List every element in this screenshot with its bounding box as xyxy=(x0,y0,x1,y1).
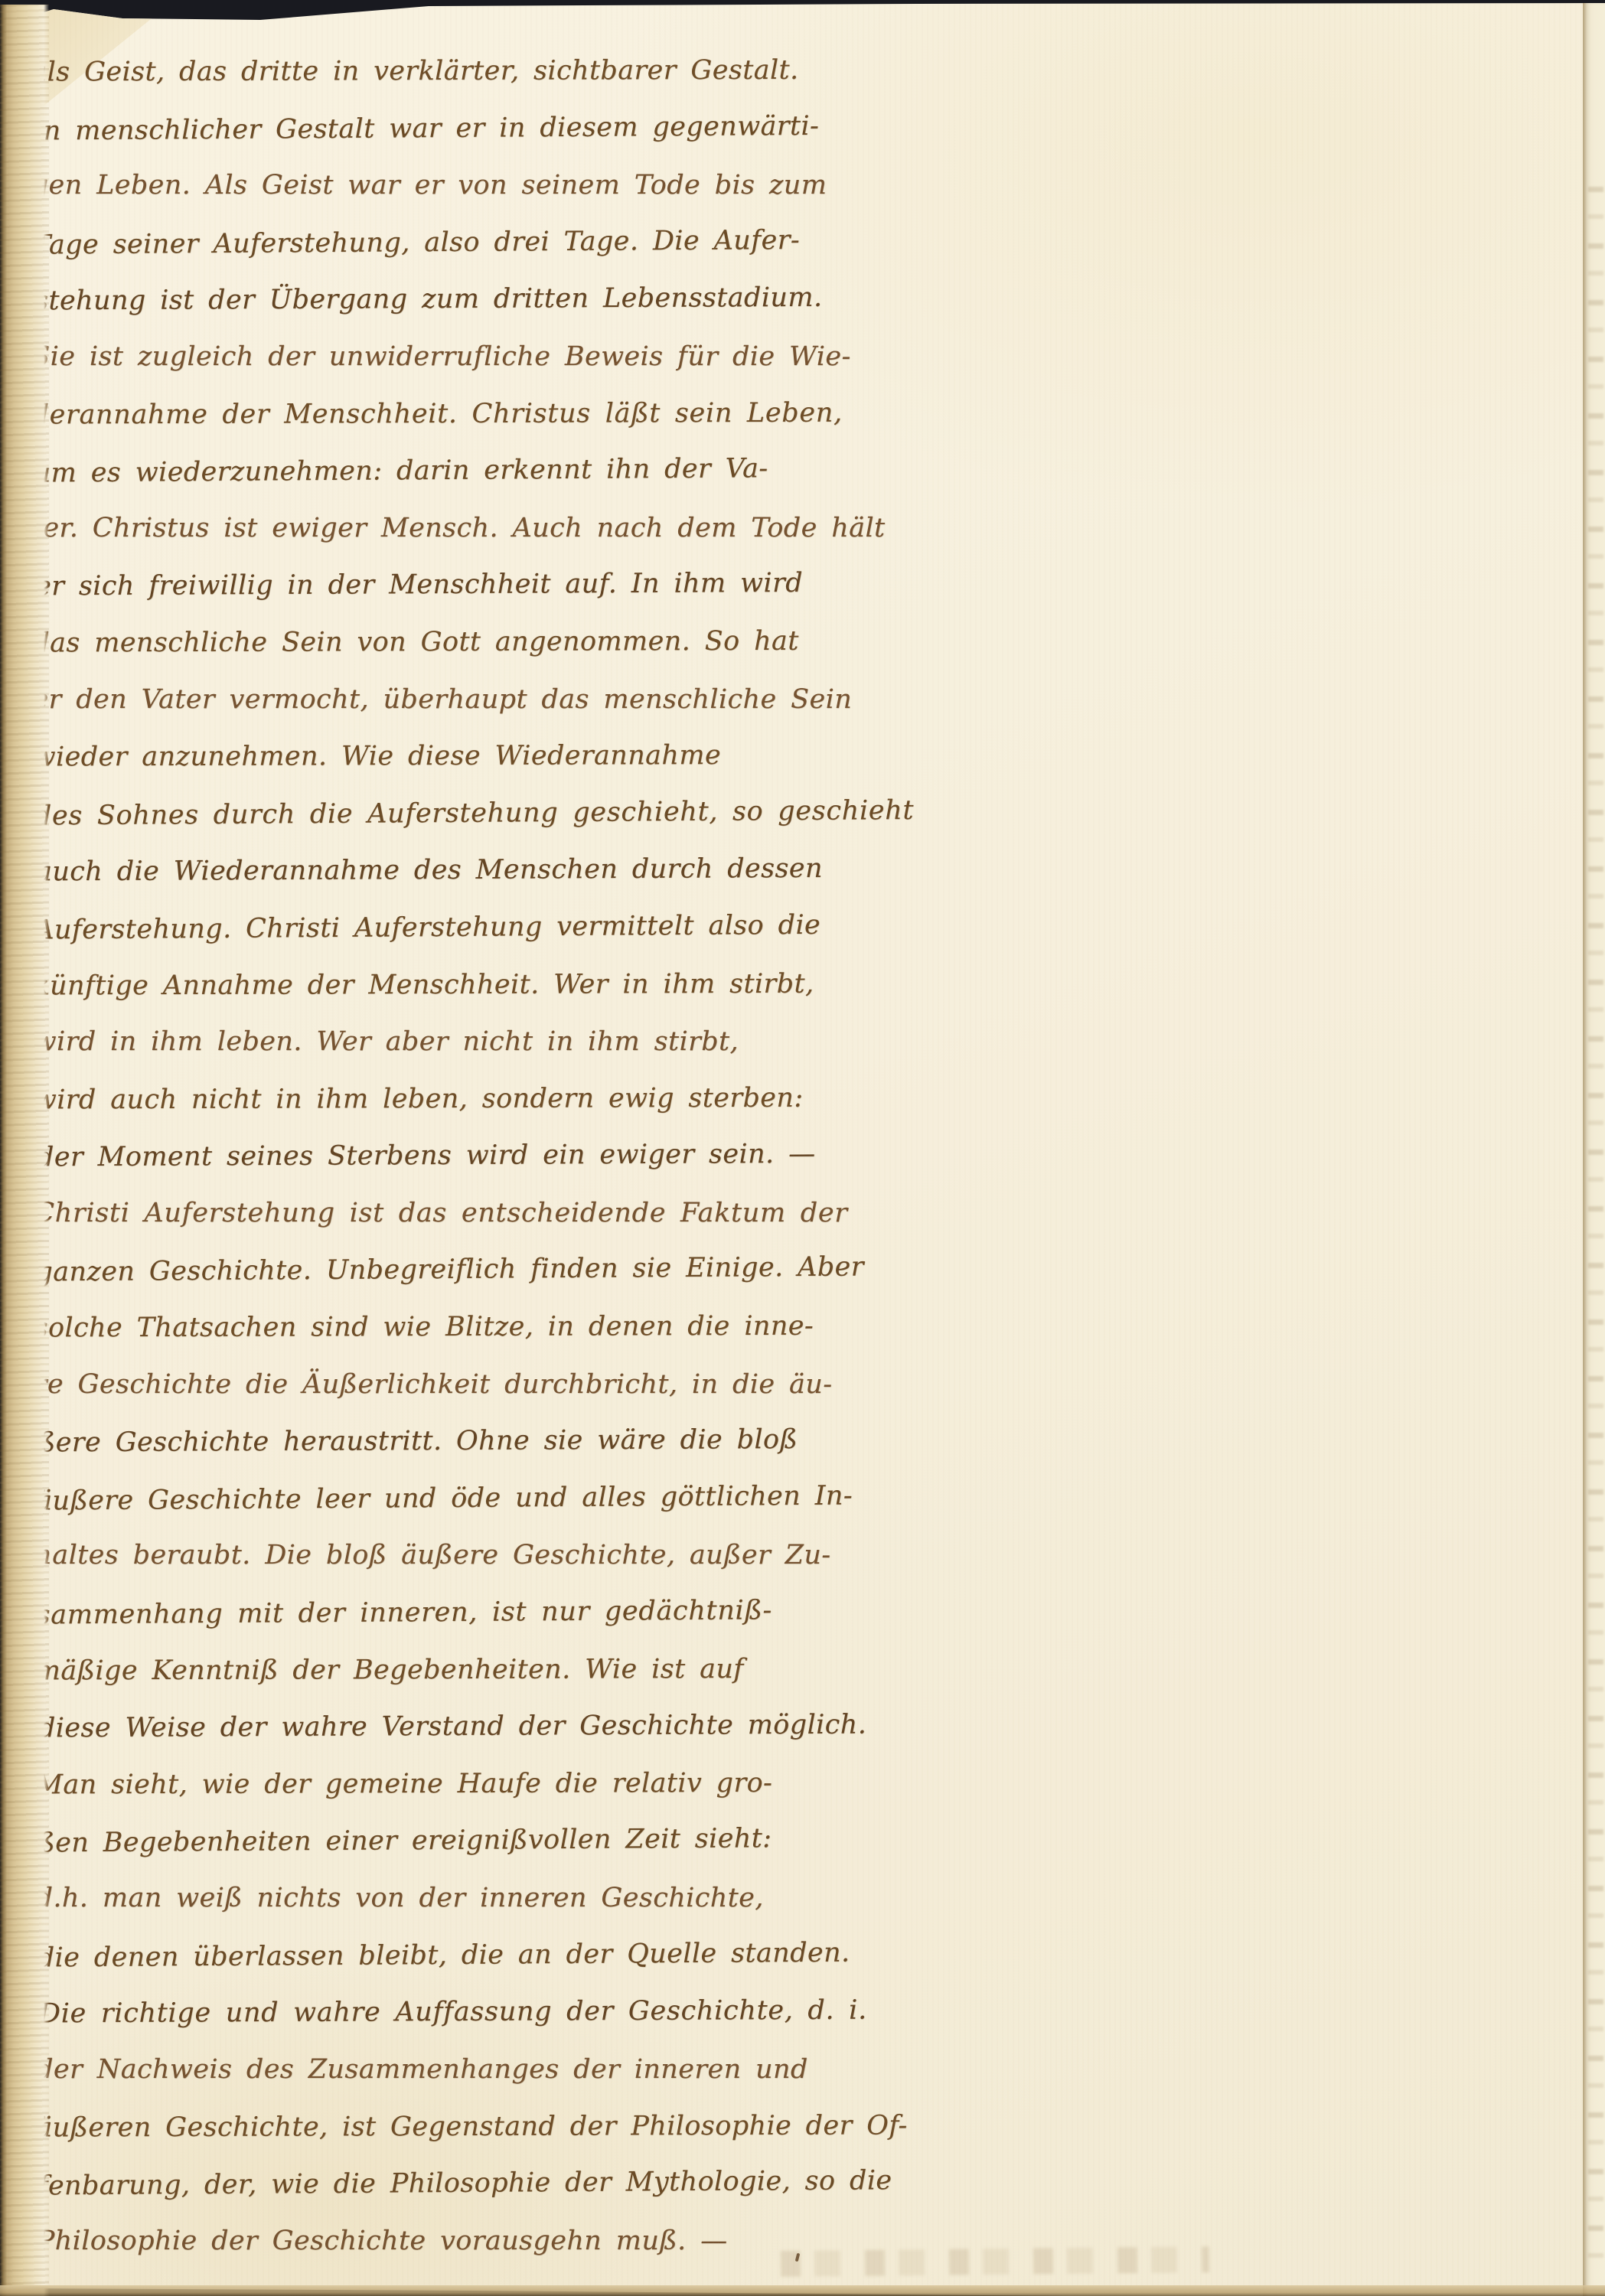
manuscript-line: der Moment seines Sterbens wird ein ewig… xyxy=(37,1126,860,1186)
manuscript-line: wieder anzunehmen. Wie diese Wiederannah… xyxy=(33,727,856,786)
manuscript-line: äußere Geschichte leer und öde und alles… xyxy=(36,1467,859,1530)
manuscript-line: diese Weise der wahre Verstand der Gesch… xyxy=(38,1697,861,1757)
manuscript-line: der Nachweis des Zusammenhanges der inne… xyxy=(36,2041,859,2099)
manuscript-line: derannahme der Menschheit. Christus läßt… xyxy=(31,384,854,443)
manuscript-line: um es wiederzunehmen: darin erkennt ihn … xyxy=(33,440,856,503)
manuscript-line: ter. Christus ist ewiger Mensch. Auch na… xyxy=(32,500,855,557)
next-page-edge xyxy=(1583,3,1605,2296)
manuscript-line: re Geschichte die Äußerlichkeit durchbri… xyxy=(34,1356,857,1414)
manuscript-line: mäßige Kenntniß der Begebenheiten. Wie i… xyxy=(35,1640,858,1699)
book-binding-edge xyxy=(0,5,49,2296)
manuscript-line: haltes beraubt. Die bloß äußere Geschich… xyxy=(34,1527,857,1584)
manuscript-line: Christi Auferstehung ist das entscheiden… xyxy=(34,1185,856,1242)
manuscript-line: Man sieht, wie der gemeine Haufe die rel… xyxy=(35,1754,858,1813)
manuscript-line: sammenhang mit der inneren, ist nur gedä… xyxy=(36,1582,859,1645)
manuscript-line: Sie ist zugleich der unwiderrufliche Bew… xyxy=(31,328,854,386)
manuscript-line: als Geist, das dritte in verklärter, sic… xyxy=(31,42,853,101)
manuscript-line: ßere Geschichte heraustritt. Ohne sie wä… xyxy=(38,1411,860,1472)
manuscript-line: solche Thatsachen sind wie Blitze, in de… xyxy=(34,1298,856,1357)
manuscript-page: als Geist, das dritte in verklärter, sic… xyxy=(0,0,1605,2296)
manuscript-line: Die richtige und wahre Auffassung der Ge… xyxy=(39,1982,862,2043)
manuscript-line: ganzen Geschichte. Unbegreiflich finden … xyxy=(35,1239,858,1302)
manuscript-line: des Sohnes durch die Auferstehung geschi… xyxy=(34,782,857,845)
manuscript-line: er den Vater vermocht, überhaupt das men… xyxy=(32,670,855,728)
manuscript-line: die denen überlassen bleibt, die an der … xyxy=(38,1924,860,1987)
ink-bleed-through xyxy=(781,2246,1209,2277)
manuscript-line: Tage seiner Auferstehung, also drei Tage… xyxy=(33,211,856,274)
manuscript-line: stehung ist der Übergang zum dritten Leb… xyxy=(34,269,857,330)
manuscript-line: ßen Begebenheiten einer ereignißvollen Z… xyxy=(37,1810,860,1873)
page-block-bottom-edge xyxy=(0,2285,1605,2296)
manuscript-line: d.h. man weiß nichts von der inneren Ges… xyxy=(36,1870,859,1927)
manuscript-line: Auferstehung. Christi Auferstehung vermi… xyxy=(34,896,857,959)
manuscript-line: auch die Wiederannahme des Menschen durc… xyxy=(36,840,859,901)
manuscript-line: gen Leben. Als Geist war er von seinem T… xyxy=(31,157,854,214)
manuscript-line: wird in ihm leben. Wer aber nicht in ihm… xyxy=(34,1013,856,1071)
manuscript-line: Philosophie der Geschichte vorausgehn mu… xyxy=(37,2212,860,2269)
manuscript-line: In menschlicher Gestalt war er in diesem… xyxy=(32,97,855,160)
manuscript-text: als Geist, das dritte in verklärter, sic… xyxy=(31,42,860,2271)
manuscript-line: wird auch nicht in ihm leben, sondern ew… xyxy=(34,1069,856,1128)
manuscript-line: künftige Annahme der Menschheit. Wer in … xyxy=(33,955,856,1014)
manuscript-line: fenbarung, der, wie die Philosophie der … xyxy=(38,2152,860,2215)
manuscript-line: äußeren Geschichte, ist Gegenstand der P… xyxy=(36,2097,859,2156)
manuscript-line: er sich freiwillig in der Menschheit auf… xyxy=(35,555,858,615)
manuscript-line: das menschliche Sein von Gott angenommen… xyxy=(32,613,855,672)
